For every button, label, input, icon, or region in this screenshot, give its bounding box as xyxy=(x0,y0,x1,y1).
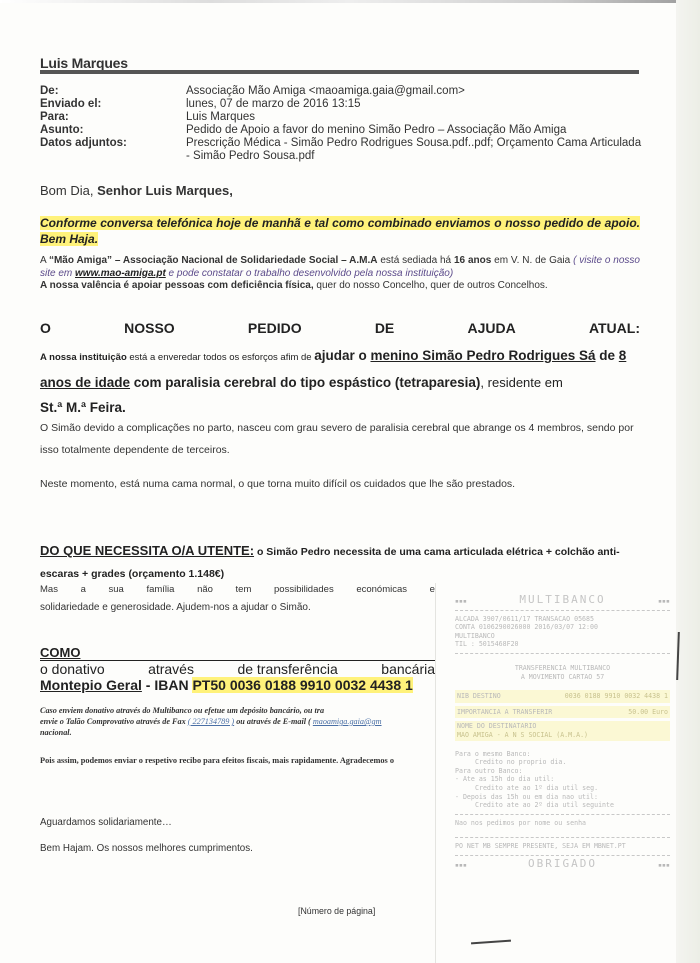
receipt-thanks: OBRIGADO xyxy=(528,860,597,869)
receipt-recipient: NOME DO DESTINATARIO MAO AMIGA - A N S S… xyxy=(455,721,670,740)
meta-value: Luis Marques xyxy=(186,111,646,124)
heading-word: NOSSO xyxy=(124,320,175,336)
iban-value[interactable]: PT50 0036 0188 9910 0032 4438 1 xyxy=(192,677,412,693)
receipt-code: ▪▪▪ xyxy=(455,597,467,606)
receipt-info: Credito ate ao 2º dia util seguinte xyxy=(455,801,670,810)
proof-instructions: Caso enviem donativo através do Multiban… xyxy=(40,705,435,738)
receipt-operation: A MOVIMENTO CARTAO 57 xyxy=(455,673,670,682)
needs-line-2: solidariedade e generosidade. Ajudem-nos… xyxy=(40,599,435,617)
receipt-thanks-row: ▪▪▪ OBRIGADO ▪▪▪ xyxy=(455,860,670,870)
meta-label: De: xyxy=(40,85,186,98)
nib-value: 0036 0188 9910 0032 4438 1 xyxy=(565,692,668,701)
scan-edge xyxy=(0,0,700,3)
text: ajudar o xyxy=(314,348,370,363)
sign-off: Bem Hajam. Os nossos melhores cumpriment… xyxy=(40,843,253,854)
attachments-list[interactable]: Prescrição Médica - Simão Pedro Rodrigue… xyxy=(186,137,646,163)
recipient-value: MAO AMIGA - A N S SOCIAL (A.M.A.) xyxy=(457,731,668,740)
text: ou através de E-mail ( xyxy=(234,717,313,726)
receipt-line: ALCADA 3907/0611/17 TRANSACAO 05685 xyxy=(455,615,670,624)
iban-label: - IBAN xyxy=(142,677,193,693)
dashed-divider xyxy=(455,855,670,856)
meta-value: Associação Mão Amiga <maoamiga.gaia@gmai… xyxy=(186,85,646,98)
text: , residente em xyxy=(480,375,562,390)
heading-word: AJUDA xyxy=(467,320,515,336)
pen-mark xyxy=(471,940,511,945)
receipt-code: ▪▪▪ xyxy=(455,861,467,870)
receipt-amount: IMPORTANCIA A TRANSFERIR 50.00 Euro xyxy=(455,706,670,719)
greeting-recipient: Senhor Luis Marques, xyxy=(97,183,233,198)
dashed-divider xyxy=(455,837,670,838)
text: A xyxy=(40,255,49,266)
fax-number[interactable]: ( 227134789 ) xyxy=(188,717,234,726)
meta-value: Pedido de Apoio a favor do menino Simão … xyxy=(186,124,646,137)
needs-heading: DO QUE NECESSITA O/A UTENTE: xyxy=(40,543,254,558)
receipt-nib: NIB DESTINO 0036 0188 9910 0032 4438 1 xyxy=(455,690,670,703)
receipt-info: Para outro Banco: xyxy=(455,767,670,776)
needs-section: DO QUE NECESSITA O/A UTENTE: o Simão Ped… xyxy=(40,540,640,585)
receipt-header: ▪▪▪ MULTIBANCO ▪▪▪ xyxy=(455,596,670,606)
receipt-info: - Ate as 15h do dia util: xyxy=(455,775,670,784)
meta-attachments: Datos adjuntos: Prescrição Médica - Simã… xyxy=(40,137,646,163)
receipt-warning: Nao nos pedimos por nome ou senha xyxy=(455,819,670,828)
amount-value: 50.00 Euro xyxy=(628,708,668,717)
word: a xyxy=(81,581,86,599)
text: de xyxy=(596,348,619,363)
mission: A nossa valência é apoiar pessoas com de… xyxy=(40,280,314,291)
note-line: Caso enviem donativo através do Multiban… xyxy=(40,705,435,716)
receipt-title: MULTIBANCO xyxy=(519,596,605,605)
dashed-divider xyxy=(455,610,670,611)
org-name: “Mão Amiga” – Associação Nacional de Sol… xyxy=(49,255,378,266)
donation-section: COMO o donativo através de transferência… xyxy=(40,645,435,694)
receipt-footer: PO NET MB SEMPRE PRESENTE, SEJA EM MBNET… xyxy=(455,842,670,851)
iban-line: Montepio Geral - IBAN PT50 0036 0188 991… xyxy=(40,677,435,694)
word: possibilidades xyxy=(274,581,334,599)
meta-value: lunes, 07 de marzo de 2016 13:15 xyxy=(186,98,646,111)
note-line: envie o Talão Comprovativo através de Fa… xyxy=(40,716,435,727)
greeting-text: Bom Dia, xyxy=(40,183,97,198)
mission-rest: quer do nosso Concelho, quer de outros C… xyxy=(314,280,548,291)
receipt-line: MULTIBANCO xyxy=(455,632,670,641)
como-title: COMO xyxy=(40,645,435,661)
email-link[interactable]: maoamiga.gaia@gm xyxy=(313,717,382,726)
word: família xyxy=(146,581,174,599)
text: em V. N. de Gaia xyxy=(491,255,573,266)
meta-label: Enviado el: xyxy=(40,98,186,111)
meta-label: Asunto: xyxy=(40,124,186,137)
word: o donativo xyxy=(40,661,105,677)
recipient-label: NOME DO DESTINATARIO xyxy=(457,722,668,731)
meta-to: Para: Luis Marques xyxy=(40,111,646,124)
heading-word: ATUAL: xyxy=(589,320,640,336)
receipt-line: TIL : 5015468F20 xyxy=(455,640,670,649)
multibanco-receipt: ▪▪▪ MULTIBANCO ▪▪▪ ALCADA 3907/0611/17 T… xyxy=(455,596,670,869)
dashed-divider xyxy=(455,653,670,654)
meta-label: Para: xyxy=(40,111,186,124)
meta-from: De: Associação Mão Amiga <maoamiga.gaia@… xyxy=(40,85,646,98)
request-paragraph: A nossa instituição está a enveredar tod… xyxy=(40,343,640,420)
receipt-info: Para o mesmo Banco: xyxy=(455,750,670,759)
text: A nossa instituição xyxy=(40,352,127,363)
needs-line-1: Mas a sua família não tem possibilidades… xyxy=(40,581,435,599)
about-paragraph: A “Mão Amiga” – Associação Nacional de S… xyxy=(40,255,640,293)
note-line: nacional. xyxy=(40,727,435,738)
receipt-code: ▪▪▪ xyxy=(658,861,670,870)
page-number: [Número de página] xyxy=(298,906,375,916)
text: está a enveredar todos os esforços afim … xyxy=(127,352,314,363)
scan-edge-right xyxy=(676,0,700,963)
meta-subject: Asunto: Pedido de Apoio a favor do menin… xyxy=(40,124,646,137)
meta-sent: Enviado el: lunes, 07 de marzo de 2016 1… xyxy=(40,98,646,111)
section-heading-request: O NOSSO PEDIDO DE AJUDA ATUAL: xyxy=(40,320,640,336)
word: Mas xyxy=(40,581,58,599)
sender-name: Luis Marques xyxy=(40,55,128,71)
heading-word: PEDIDO xyxy=(248,320,302,336)
word: económicas xyxy=(356,581,407,599)
greeting: Bom Dia, Senhor Luis Marques, xyxy=(40,183,233,198)
intro-highlight: Conforme conversa telefónica hoje de man… xyxy=(40,216,640,246)
email-metadata: De: Associação Mão Amiga <maoamiga.gaia@… xyxy=(40,85,646,163)
receipt-info: - Depois das 15h ou em dia nao util: xyxy=(455,793,670,802)
amount-label: IMPORTANCIA A TRANSFERIR xyxy=(457,708,552,717)
text: está sediada há xyxy=(378,255,454,266)
dashed-divider xyxy=(455,814,670,815)
receipt-code: ▪▪▪ xyxy=(658,597,670,606)
intro-paragraph: Conforme conversa telefónica hoje de man… xyxy=(40,215,640,247)
receipt-note: Pois assim, podemos enviar o respetivo r… xyxy=(40,756,435,765)
donation-method: o donativo através de transferência banc… xyxy=(40,661,435,677)
heading-word: DE xyxy=(375,320,394,336)
word: sua xyxy=(109,581,124,599)
years: 16 anos xyxy=(454,255,491,266)
website-link[interactable]: www.mao-amiga.pt xyxy=(75,268,166,279)
bank-name: Montepio Geral xyxy=(40,677,142,693)
word: não xyxy=(197,581,213,599)
word: tem xyxy=(236,581,252,599)
condition: com paralisia cerebral do tipo espástico… xyxy=(130,375,480,390)
word: bancária xyxy=(381,661,435,677)
child-condition-paragraph: O Simão devido a complicações no parto, … xyxy=(40,417,640,461)
text: envie o Talão Comprovativo através de Fa… xyxy=(40,717,188,726)
receipt-operation: TRANSFERENCIA MULTIBANCO xyxy=(455,664,670,673)
residence-place: St.ª M.ª Feira. xyxy=(40,400,126,415)
current-situation-paragraph: Neste momento, está numa cama normal, o … xyxy=(40,473,640,495)
receipt-line: CONTA 0106290026000 2016/03/07 12:00 xyxy=(455,623,670,632)
heading-word: O xyxy=(40,320,51,336)
needs-body: Mas a sua família não tem possibilidades… xyxy=(40,581,435,617)
child-name: menino Simão Pedro Rodrigues Sá xyxy=(370,348,595,363)
word: de transferência xyxy=(237,661,337,677)
receipt-info: Credito ate ao 1º dia util seg. xyxy=(455,784,670,793)
word: através xyxy=(148,661,194,677)
nib-label: NIB DESTINO xyxy=(457,692,501,701)
closing-line: Aguardamos solidariamente… xyxy=(40,817,172,828)
visit-text: e pode constatar o trabalho desenvolvido… xyxy=(166,268,453,279)
receipt-info: Credito no proprio dia. xyxy=(455,758,670,767)
receipt-edge xyxy=(435,583,436,963)
meta-label: Datos adjuntos: xyxy=(40,137,186,163)
header-rule xyxy=(40,70,639,74)
